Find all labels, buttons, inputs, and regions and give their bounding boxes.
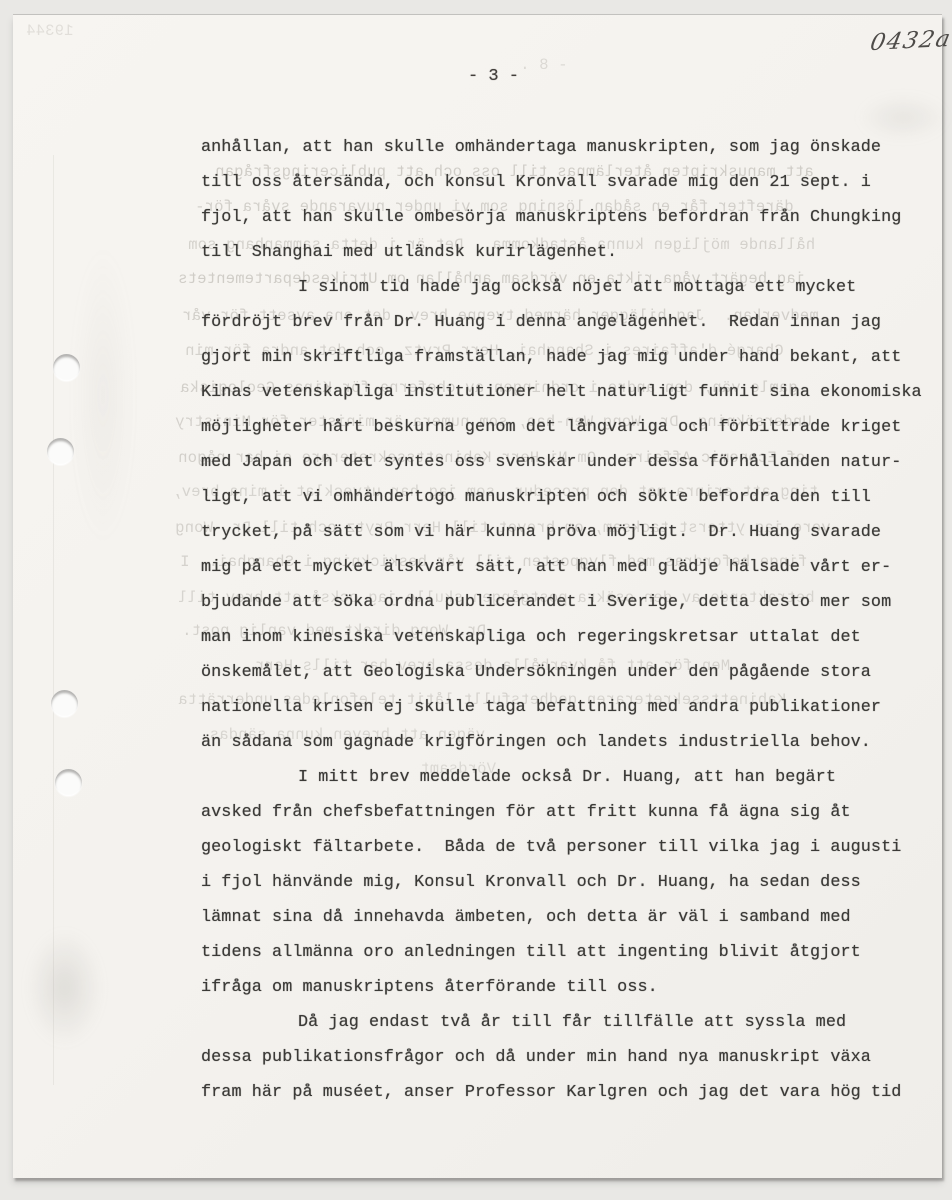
bleed-through-line: 19344: [26, 22, 74, 40]
typed-line: bjudande att söka ordna publicerandet i …: [201, 593, 891, 612]
letter-page: 19344- 8 .att manuskripten återlämnas ti…: [13, 15, 942, 1178]
typed-line: nationella krisen ej skulle taga befattn…: [201, 698, 881, 717]
typed-line: I sinom tid hade jag också nöjet att mot…: [201, 278, 856, 297]
typed-line: tidens allmänna oro anledningen till att…: [201, 943, 861, 962]
typed-line: lämnat sina då innehavda ämbeten, och de…: [201, 908, 851, 927]
typed-line: gjort min skriftliga framställan, hade j…: [201, 348, 901, 367]
punch-hole: [55, 769, 82, 796]
typed-line: man inom kinesiska vetenskapliga och reg…: [201, 628, 861, 647]
punch-hole: [51, 690, 78, 717]
typed-line: till Shanghai med utländsk kurirlägenhet…: [201, 243, 617, 262]
typed-line: fram här på muséet, anser Professor Karl…: [201, 1083, 901, 1102]
scanned-letter-screenshot: { "document": { "archival_number": "0432…: [0, 0, 952, 1200]
punch-hole: [47, 438, 74, 465]
typed-line: anhållan, att han skulle omhändertaga ma…: [201, 138, 881, 157]
typed-line: fördröjt brev från Dr. Huang i denna ang…: [201, 313, 881, 332]
typed-line: trycket, på sätt som vi här kunna pröva …: [201, 523, 881, 542]
paper-smudge: [858, 95, 948, 140]
typed-line: dessa publikationsfrågor och då under mi…: [201, 1048, 871, 1067]
archival-number: 0432a: [868, 26, 952, 56]
page-number: - 3 -: [468, 67, 519, 86]
typed-line: Då jag endast två år till får tillfälle …: [201, 1013, 846, 1032]
typed-line: med Japan och det syntes oss svenskar un…: [201, 453, 901, 472]
paper-smudge: [27, 930, 102, 1045]
typed-line: ligt, att vi omhändertogo manuskripten o…: [201, 488, 871, 507]
typed-line: i fjol hänvände mig, Konsul Kronvall och…: [201, 873, 861, 892]
typed-line: Kinas vetenskapliga institutioner helt n…: [201, 383, 922, 402]
typed-line: I mitt brev meddelade också Dr. Huang, a…: [201, 768, 836, 787]
typed-line: möjligheter hårt beskurna genom det lång…: [201, 418, 901, 437]
typed-line: avsked från chefsbefattningen för att fr…: [201, 803, 851, 822]
typed-line: geologiskt fältarbete. Båda de två perso…: [201, 838, 901, 857]
typed-line: önskemålet, att Geologiska Undersökninge…: [201, 663, 871, 682]
typed-line: till oss återsända, och konsul Kronvall …: [201, 173, 871, 192]
punch-hole: [53, 354, 80, 381]
typed-line: mig på ett mycket älskvärt sätt, att han…: [201, 558, 891, 577]
typed-line: fjol, att han skulle ombesörja manuskrip…: [201, 208, 901, 227]
typed-line: än sådana som gagnade krigföringen och l…: [201, 733, 871, 752]
paper-smudge: [73, 245, 133, 545]
typed-line: ifråga om manuskriptens återförande till…: [201, 978, 658, 997]
bleed-through-line: - 8 .: [520, 56, 568, 74]
